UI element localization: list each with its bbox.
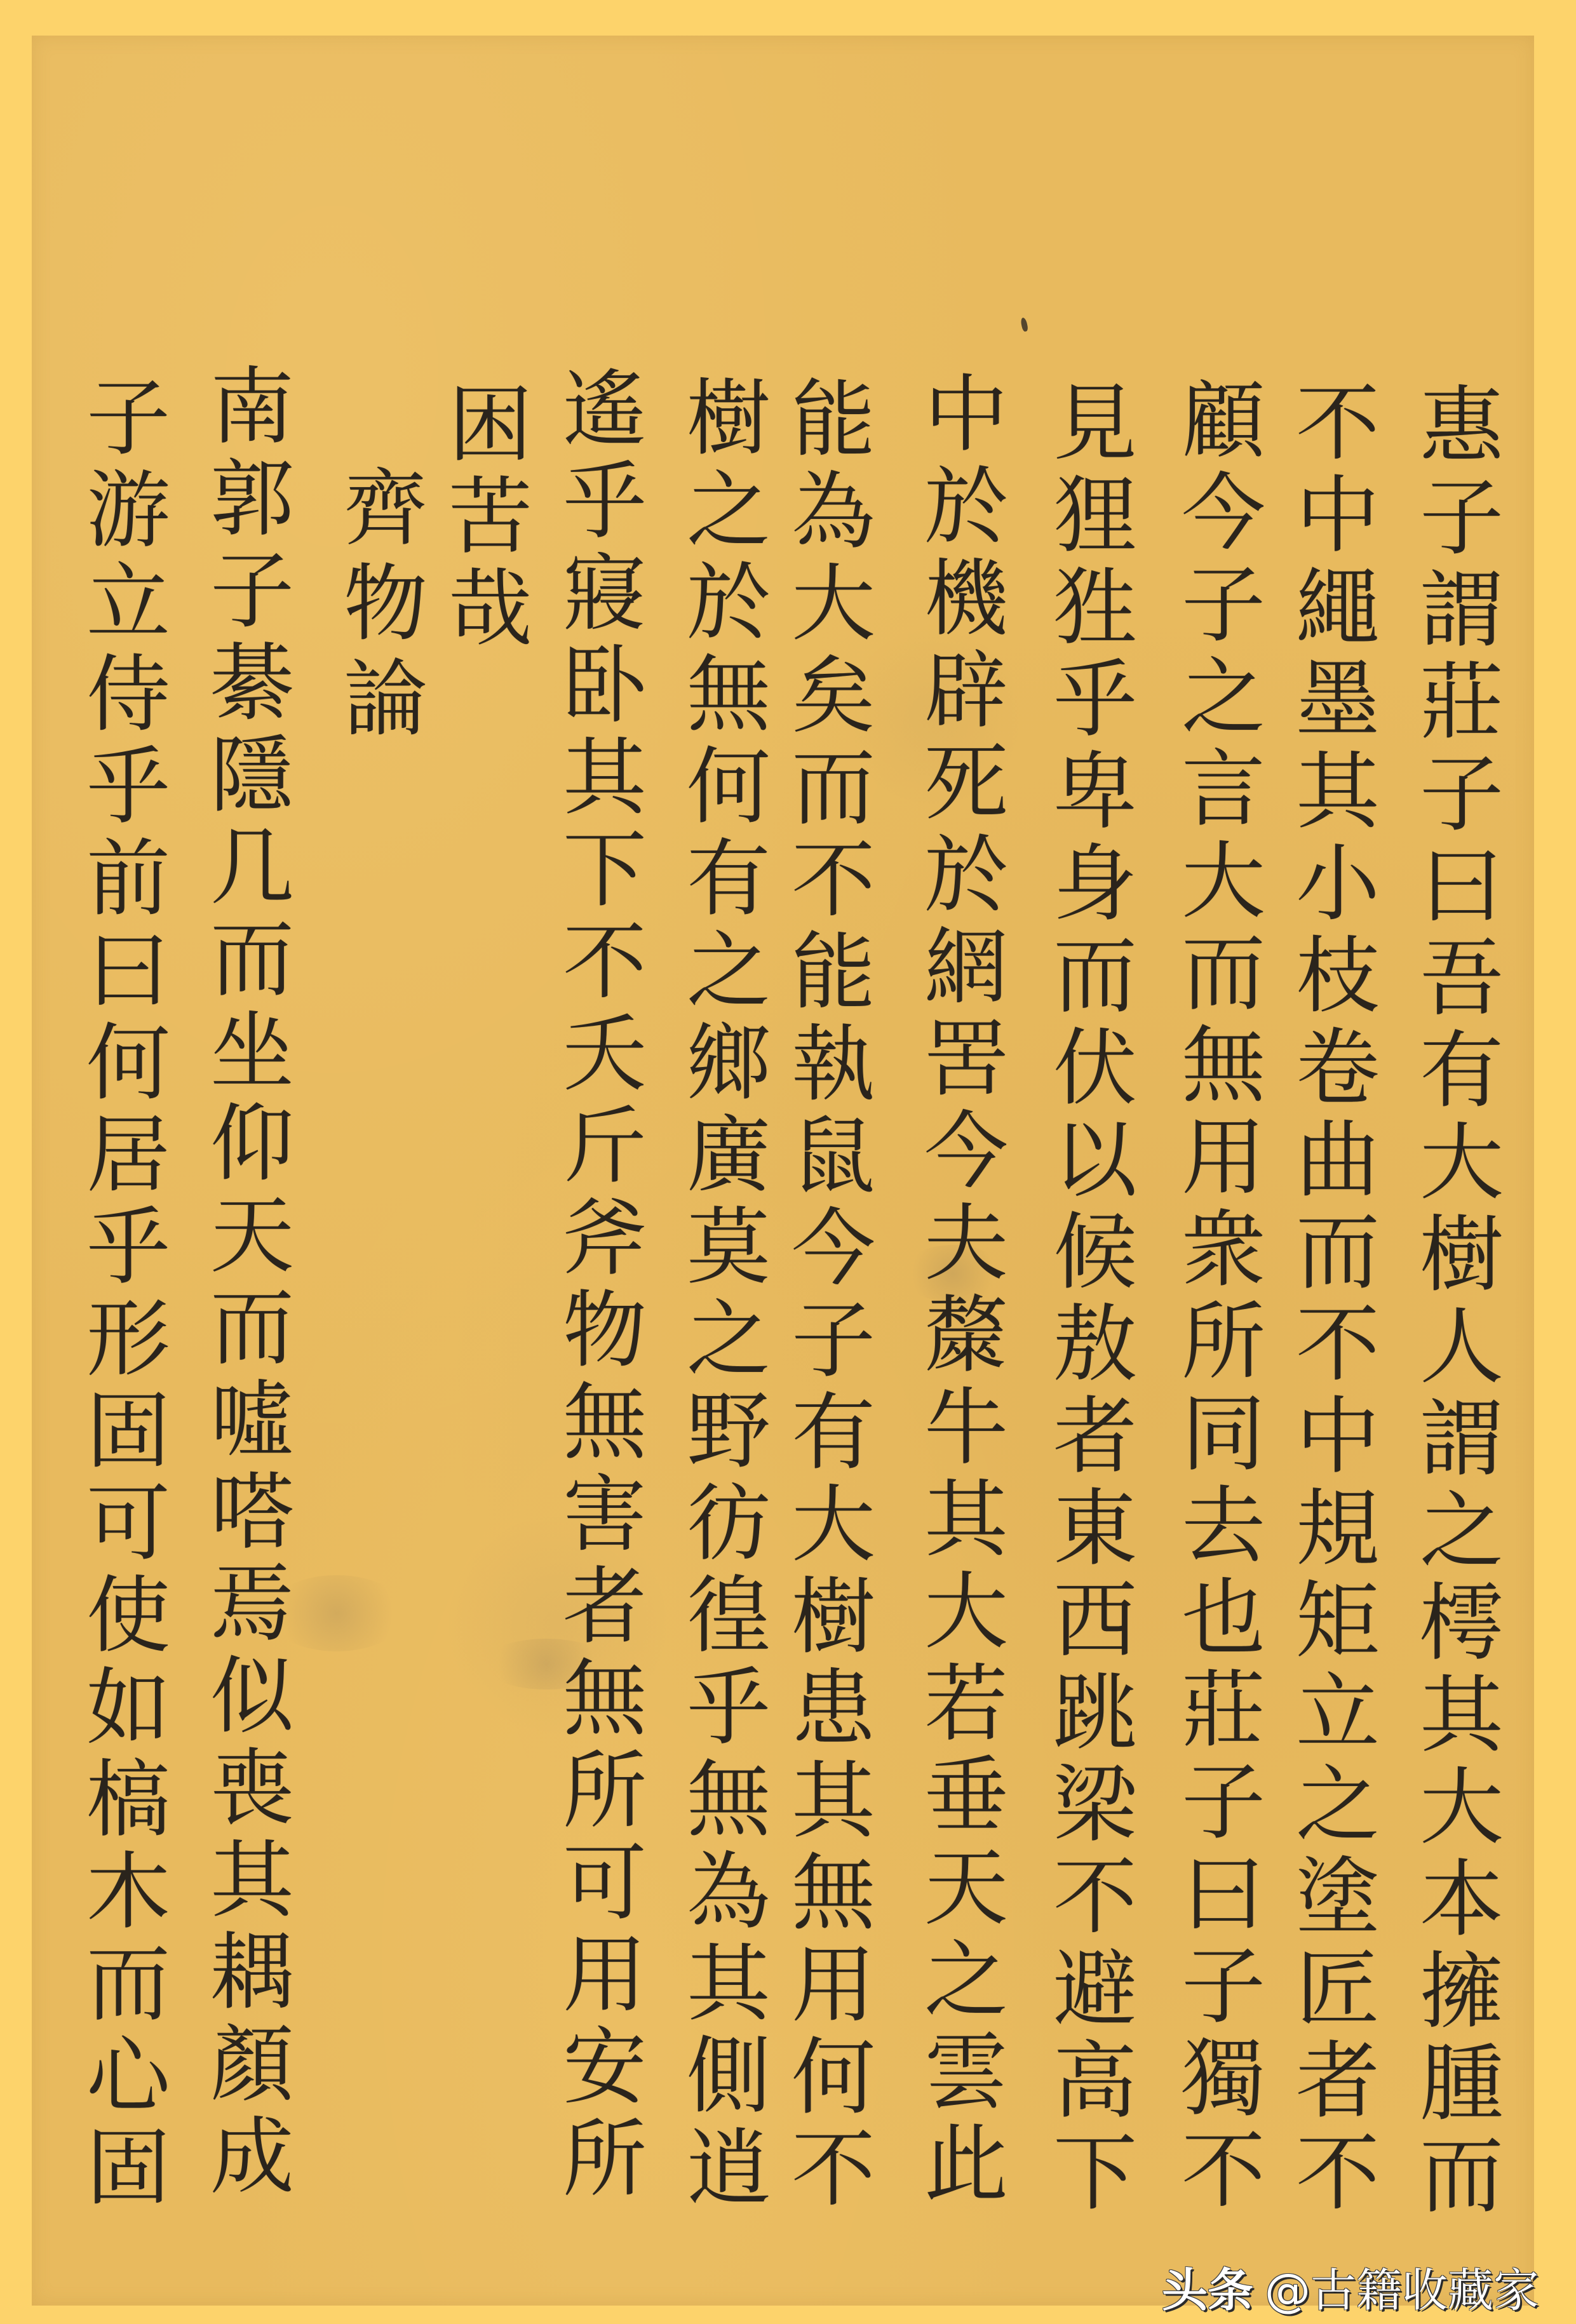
text-column-12: 子游立侍乎前曰何居乎形固可使如槁木而心固	[79, 373, 163, 2215]
text-column-8: 遙乎寢卧其下不夭斤斧物無害者無所可用安所	[555, 365, 639, 2206]
text-column-9: 困苦哉	[441, 380, 525, 656]
text-column-6: 能為大矣而不能執鼠今子有大樹患其無用何不	[784, 375, 868, 2217]
text-column-11: 南郭子綦隱几而坐仰天而噓嗒焉似喪其耦顏成	[203, 362, 286, 2204]
chapter-title: 齊物論	[336, 464, 420, 749]
watermark: 头条@古籍收藏家	[1162, 2253, 1539, 2320]
text-column-2: 不中繩墨其小枝卷曲而不中規矩立之塗匠者不	[1288, 379, 1372, 2220]
text-column-1: 惠子謂莊子曰吾有大樹人謂之樗其大本擁腫而	[1412, 381, 1496, 2223]
text-column-7: 樹之於無何有之鄉廣莫之野彷徨乎無為其側逍	[679, 373, 763, 2215]
scan-frame: 惠子謂莊子曰吾有大樹人謂之樗其大本擁腫而 不中繩墨其小枝卷曲而不中規矩立之塗匠者…	[0, 0, 1576, 2324]
text-column-3: 顧今子之言大而無用衆所同去也莊子曰子獨不	[1174, 376, 1258, 2218]
text-column-4: 見狸狌乎卑身而伏以候敖者東西跳梁不避高下	[1046, 379, 1129, 2220]
text-column-5: 中於機辟死於網罟今夫斄牛其大若垂天之雲此	[917, 370, 1000, 2212]
watermark-handle: @古籍收藏家	[1265, 2264, 1539, 2317]
watermark-platform: 头条	[1162, 2264, 1253, 2317]
